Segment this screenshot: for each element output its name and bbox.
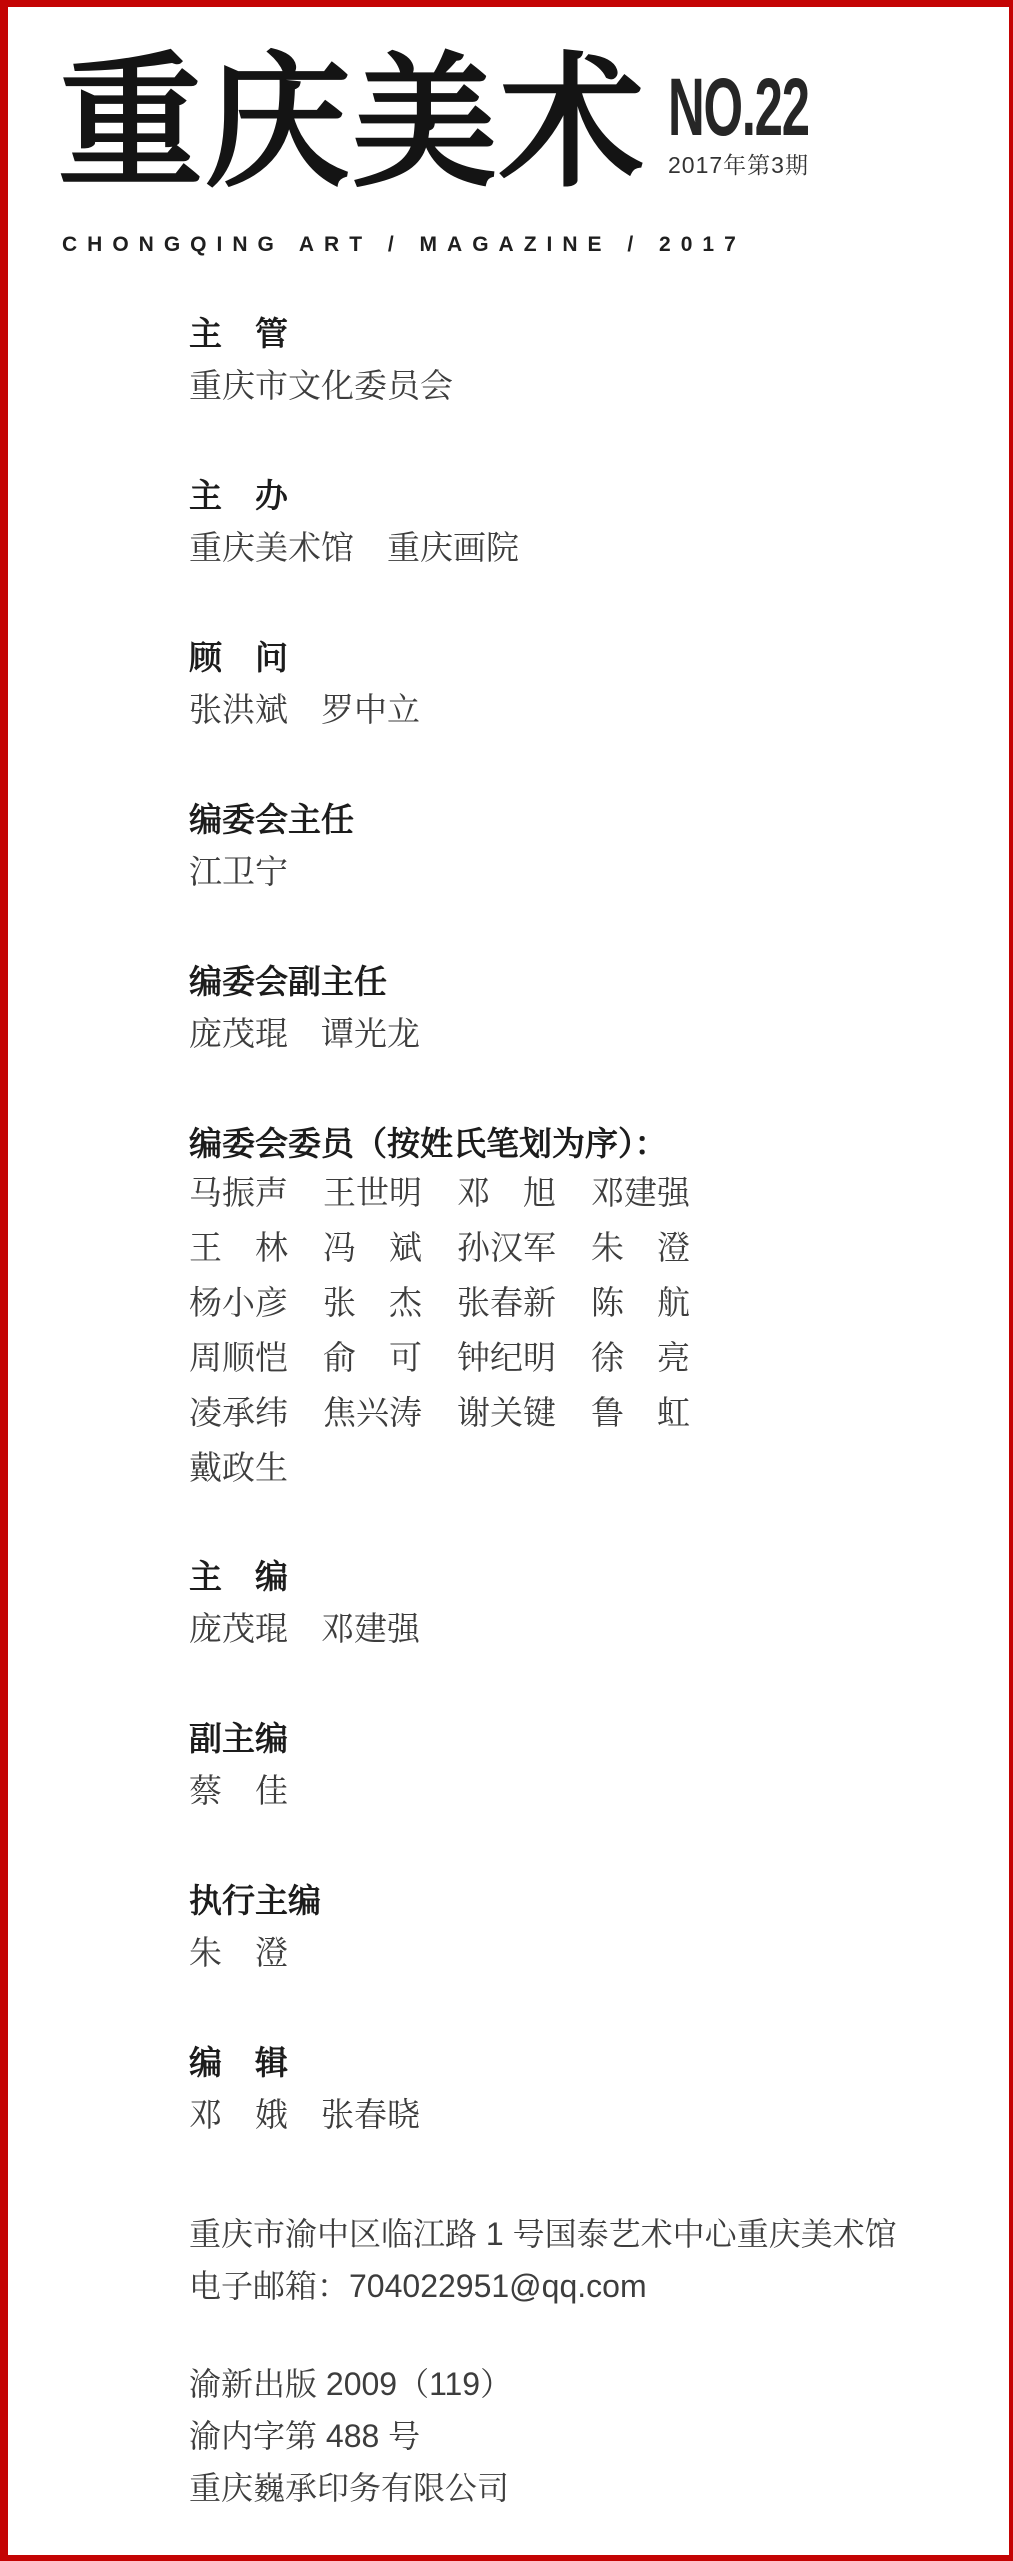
member-name: 冯 斌 bbox=[323, 1231, 423, 1264]
section-value: 庞茂琨 谭光龙 bbox=[189, 1017, 1009, 1050]
section-chief-editor: 主 编 庞茂琨 邓建强 bbox=[189, 1560, 1009, 1645]
section-organizer: 主 办 重庆美术馆 重庆画院 bbox=[189, 479, 1009, 564]
committee-row: 戴政生 bbox=[189, 1440, 1009, 1495]
member-name: 张春新 bbox=[457, 1286, 557, 1319]
section-label: 顾 问 bbox=[189, 641, 1009, 674]
section-advisors: 顾 问 张洪斌 罗中立 bbox=[189, 641, 1009, 726]
section-label: 副主编 bbox=[189, 1722, 1009, 1755]
member-name: 戴政生 bbox=[189, 1451, 289, 1484]
section-label: 执行主编 bbox=[189, 1884, 1009, 1917]
internal-number-line: 渝内字第 488 号 bbox=[189, 2410, 1009, 2462]
address-line: 重庆市渝中区临江路 1 号国泰艺术中心重庆美术馆 bbox=[189, 2208, 1009, 2260]
section-label: 编委会主任 bbox=[189, 803, 1009, 836]
section-editors: 编 辑 邓 娥 张春晓 bbox=[189, 2046, 1009, 2131]
section-value: 江卫宁 bbox=[189, 855, 1009, 888]
section-value: 张洪斌 罗中立 bbox=[189, 693, 1009, 726]
section-label: 主 办 bbox=[189, 479, 1009, 512]
member-name: 孙汉军 bbox=[457, 1231, 557, 1264]
committee-row: 凌承纬 焦兴涛 谢关键 鲁 虹 bbox=[189, 1385, 1009, 1440]
member-name: 凌承纬 bbox=[189, 1396, 289, 1429]
section-executive-editor: 执行主编 朱 澄 bbox=[189, 1884, 1009, 1969]
member-name: 徐 亮 bbox=[591, 1341, 691, 1374]
member-name: 鲁 虹 bbox=[591, 1396, 691, 1429]
section-value: 邓 娥 张春晓 bbox=[189, 2098, 1009, 2131]
committee-row: 马振声 王世明 邓 旭 邓建强 bbox=[189, 1165, 1009, 1220]
section-label: 主 编 bbox=[189, 1560, 1009, 1593]
section-editorial-board-members: 编委会委员（按姓氏笔划为序）： 马振声 王世明 邓 旭 邓建强 王 林 冯 斌 … bbox=[189, 1127, 1009, 1495]
committee-row: 王 林 冯 斌 孙汉军 朱 澄 bbox=[189, 1220, 1009, 1275]
section-editorial-board-director: 编委会主任 江卫宁 bbox=[189, 803, 1009, 888]
committee-row: 杨小彦 张 杰 张春新 陈 航 bbox=[189, 1275, 1009, 1330]
section-deputy-chief-editor: 副主编 蔡 佳 bbox=[189, 1722, 1009, 1807]
section-label: 编 辑 bbox=[189, 2046, 1009, 2079]
section-label: 编委会委员（按姓氏笔划为序）： bbox=[189, 1127, 1009, 1160]
issue-number: NO.22 bbox=[668, 78, 809, 138]
magazine-colophon-page: 重庆美术 NO.22 2017年第3期 CHONGQING ART / MAGA… bbox=[0, 0, 1013, 2561]
member-name: 王 林 bbox=[189, 1231, 289, 1264]
masthead-header: 重庆美术 NO.22 2017年第3期 bbox=[58, 40, 1009, 210]
member-name: 谢关键 bbox=[457, 1396, 557, 1429]
member-name: 俞 可 bbox=[323, 1341, 423, 1374]
member-name: 张 杰 bbox=[323, 1286, 423, 1319]
section-label: 编委会副主任 bbox=[189, 965, 1009, 998]
section-value: 朱 澄 bbox=[189, 1936, 1009, 1969]
colophon-body: 主 管 重庆市文化委员会 主 办 重庆美术馆 重庆画院 顾 问 张洪斌 罗中立 … bbox=[189, 317, 1009, 2514]
section-value: 重庆市文化委员会 bbox=[189, 369, 1009, 402]
member-name: 马振声 bbox=[189, 1176, 289, 1209]
member-name: 邓 旭 bbox=[457, 1176, 557, 1209]
member-name: 钟纪明 bbox=[457, 1341, 557, 1374]
committee-row: 周顺恺 俞 可 钟纪明 徐 亮 bbox=[189, 1330, 1009, 1385]
member-name: 杨小彦 bbox=[189, 1286, 289, 1319]
committee-member-grid: 马振声 王世明 邓 旭 邓建强 王 林 冯 斌 孙汉军 朱 澄 杨小彦 张 杰 … bbox=[189, 1165, 1009, 1495]
section-editorial-board-deputy-director: 编委会副主任 庞茂琨 谭光龙 bbox=[189, 965, 1009, 1050]
member-name: 朱 澄 bbox=[591, 1231, 691, 1264]
publishing-license-line: 渝新出版 2009（119） bbox=[189, 2358, 1009, 2410]
member-name: 周顺恺 bbox=[189, 1341, 289, 1374]
member-name: 邓建强 bbox=[591, 1176, 691, 1209]
publishing-block: 渝新出版 2009（119） 渝内字第 488 号 重庆巍承印务有限公司 bbox=[189, 2358, 1009, 2514]
section-supervisor: 主 管 重庆市文化委员会 bbox=[189, 317, 1009, 402]
section-value: 蔡 佳 bbox=[189, 1774, 1009, 1807]
magazine-title: 重庆美术 bbox=[58, 40, 646, 210]
email-line: 电子邮箱：704022951@qq.com bbox=[189, 2260, 1009, 2312]
member-name: 焦兴涛 bbox=[323, 1396, 423, 1429]
section-value: 重庆美术馆 重庆画院 bbox=[189, 531, 1009, 564]
section-label: 主 管 bbox=[189, 317, 1009, 350]
issue-block: NO.22 2017年第3期 bbox=[668, 40, 895, 177]
member-name: 陈 航 bbox=[591, 1286, 691, 1319]
section-value: 庞茂琨 邓建强 bbox=[189, 1612, 1009, 1645]
member-name: 王世明 bbox=[323, 1176, 423, 1209]
printer-line: 重庆巍承印务有限公司 bbox=[189, 2462, 1009, 2514]
contact-block: 重庆市渝中区临江路 1 号国泰艺术中心重庆美术馆 电子邮箱：704022951@… bbox=[189, 2208, 1009, 2312]
english-subtitle: CHONGQING ART / MAGAZINE / 2017 bbox=[62, 234, 1009, 255]
issue-date: 2017年第3期 bbox=[668, 154, 895, 177]
